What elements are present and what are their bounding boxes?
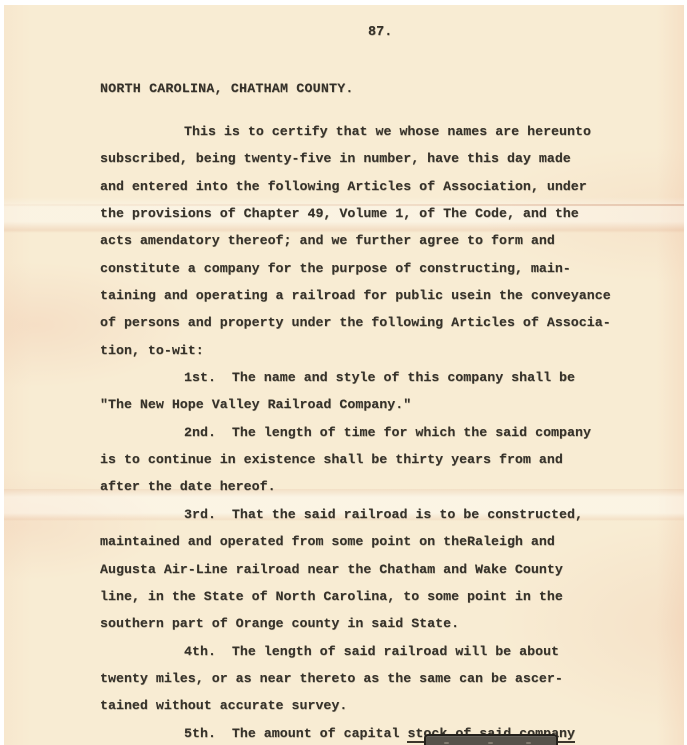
text-line: 3rd. That the said railroad is to be con… (100, 501, 645, 528)
text-line: 5th. The amount of capital stock of said… (100, 720, 645, 745)
overlay-speck (488, 742, 493, 744)
overlay-speck (526, 742, 531, 744)
text-segment: Augusta Air-Line railroad near the Chath… (100, 562, 563, 577)
text-segment: 1st. The name and style of this company … (184, 370, 575, 385)
text-line: tion, to-wit: (100, 337, 645, 364)
text-line: constitute a company for the purpose of … (100, 255, 645, 282)
text-line: line, in the State of North Carolina, to… (100, 583, 645, 610)
text-line: tained without accurate survey. (100, 692, 645, 719)
text-line: 1st. The name and style of this company … (100, 364, 645, 391)
text-line: 2nd. The length of time for which the sa… (100, 419, 645, 446)
text-segment: of persons and property under the follow… (100, 315, 611, 330)
text-line: is to continue in existence shall be thi… (100, 446, 645, 473)
text-segment: after the date hereof. (100, 479, 276, 494)
text-segment: subscribed, being twenty-five in number,… (100, 151, 571, 166)
text-segment: and entered into the following Articles … (100, 179, 587, 194)
text-segment: This is to certify that we whose names a… (184, 124, 591, 139)
text-line: "The New Hope Valley Railroad Company." (100, 391, 645, 418)
text-segment: the provisions of Chapter 49, Volume 1, … (100, 206, 579, 221)
text-line: acts amendatory thereof; and we further … (100, 227, 645, 254)
text-line: the provisions of Chapter 49, Volume 1, … (100, 200, 645, 227)
text-line: twenty miles, or as near thereto as the … (100, 665, 645, 692)
text-segment: line, in the State of North Carolina, to… (100, 589, 563, 604)
text-segment: acts amendatory thereof; and we further … (100, 233, 555, 248)
text-segment: constitute a company for the purpose of … (100, 261, 571, 276)
overlay-speck (444, 742, 449, 744)
document-heading: NORTH CAROLINA, CHATHAM COUNTY. (100, 81, 354, 96)
text-segment: maintained and operated from some point … (100, 534, 555, 549)
text-line: southern part of Orange county in said S… (100, 610, 645, 637)
text-segment: is to continue in existence shall be thi… (100, 452, 563, 467)
text-segment: taining and operating a railroad for pub… (100, 288, 611, 303)
text-segment: 2nd. The length of time for which the sa… (184, 425, 591, 440)
text-segment: 5th. The amount of capital (184, 726, 407, 741)
text-line: 4th. The length of said railroad will be… (100, 638, 645, 665)
document-body: This is to certify that we whose names a… (100, 118, 645, 745)
text-segment: twenty miles, or as near thereto as the … (100, 671, 563, 686)
text-line: Augusta Air-Line railroad near the Chath… (100, 556, 645, 583)
text-segment: 3rd. That the said railroad is to be con… (184, 507, 583, 522)
scanned-document-page: 87. NORTH CAROLINA, CHATHAM COUNTY. This… (4, 5, 684, 745)
text-line: of persons and property under the follow… (100, 309, 645, 336)
cutoff-overlay-box (424, 734, 558, 745)
text-line: This is to certify that we whose names a… (100, 118, 645, 145)
text-segment: "The New Hope Valley Railroad Company." (100, 397, 411, 412)
text-line: maintained and operated from some point … (100, 528, 645, 555)
text-segment: 4th. The length of said railroad will be… (184, 644, 559, 659)
text-line: after the date hereof. (100, 473, 645, 500)
text-segment: tained without accurate survey. (100, 698, 347, 713)
text-segment: southern part of Orange county in said S… (100, 616, 459, 631)
text-line: and entered into the following Articles … (100, 173, 645, 200)
text-segment: tion, to-wit: (100, 343, 204, 358)
text-line: taining and operating a railroad for pub… (100, 282, 645, 309)
text-line: subscribed, being twenty-five in number,… (100, 145, 645, 172)
page-number: 87. (368, 25, 392, 40)
